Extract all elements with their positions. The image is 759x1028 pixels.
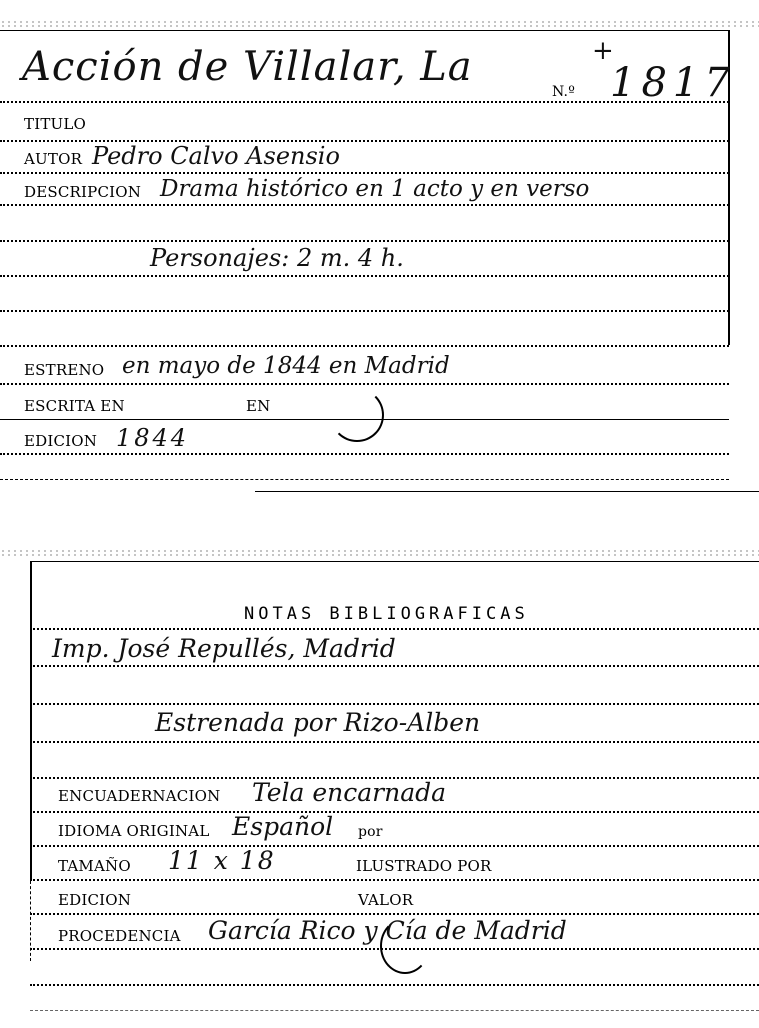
rule-note-2 xyxy=(30,741,759,743)
rule-encuadernacion xyxy=(30,811,759,813)
idioma-por-label: por xyxy=(358,824,383,840)
idioma-original-label: IDIOMA ORIGINAL xyxy=(58,822,209,840)
procedencia-label: PROCEDENCIA xyxy=(58,927,181,945)
edicion-label-bottom: EDICION xyxy=(58,891,131,909)
encuadernacion-label: ENCUADERNACION xyxy=(58,787,220,805)
card-left-border xyxy=(30,561,32,881)
catalog-card-bottom: NOTAS BIBLIOGRAFICAS Imp. José Repullés,… xyxy=(0,0,759,1028)
notas-heading: NOTAS BIBLIOGRAFICAS xyxy=(244,604,529,624)
rule-procedencia xyxy=(30,948,759,950)
rule-heading xyxy=(30,628,759,630)
note-line-2: Estrenada por Rizo-Alben xyxy=(155,708,480,737)
punch-hole-mark-bottom xyxy=(380,918,430,974)
rule-edicion-bottom xyxy=(30,913,759,915)
note-line-1: Imp. José Repullés, Madrid xyxy=(52,634,396,663)
tamano-value: 11 x 18 xyxy=(168,846,276,875)
rule-tamano xyxy=(30,879,759,881)
rule-last xyxy=(30,984,759,986)
rule-idioma xyxy=(30,845,759,847)
valor-label: VALOR xyxy=(358,891,413,909)
encuadernacion-value: Tela encarnada xyxy=(252,778,446,807)
rule-note-1 xyxy=(30,665,759,667)
ilustrado-por-label: ILUSTRADO POR xyxy=(356,857,492,875)
tamano-label: TAMAÑO xyxy=(58,857,131,875)
idioma-original-value: Español xyxy=(232,812,333,841)
rule-note-gap xyxy=(30,703,759,705)
rule-bottom-faint-2 xyxy=(30,1010,759,1011)
card-bottom-top-border xyxy=(30,561,759,562)
